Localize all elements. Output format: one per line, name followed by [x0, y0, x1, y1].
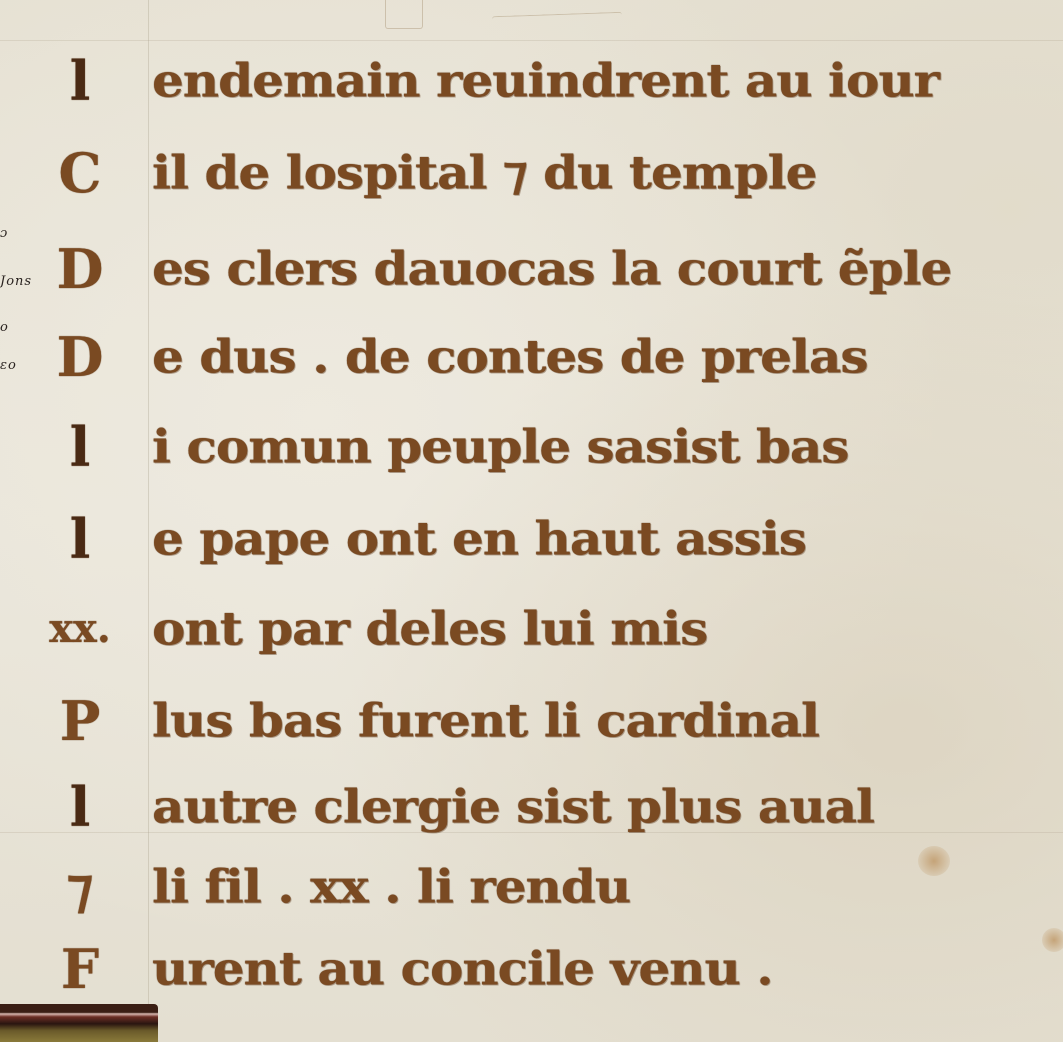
line-text: es clers dauocas la court ẽple — [152, 237, 951, 301]
illuminated-border — [0, 1004, 158, 1042]
initial-letter: l — [40, 46, 120, 116]
line-text: urent au concile venu . — [152, 937, 773, 1001]
initial-letter: ⁊ — [40, 852, 120, 922]
manuscript-line: ⁊ li fil . xx . li rendu — [0, 852, 1063, 932]
manuscript-line: xx. ont par deles lui mis — [0, 594, 1063, 674]
line-text: lus bas furent li cardinal — [152, 689, 819, 753]
initial-letter: D — [40, 322, 120, 392]
line-text: il de lospital ⁊ du temple — [152, 141, 816, 205]
manuscript-line: P lus bas furent li cardinal — [0, 686, 1063, 766]
line-text: autre clergie sist plus aual — [152, 775, 874, 839]
manuscript-line: l i comun peuple sasist bas — [0, 412, 1063, 492]
manuscript-line: l autre clergie sist plus aual — [0, 772, 1063, 852]
line-text: endemain reuindrent au iour — [152, 49, 939, 113]
initial-letter: F — [40, 934, 120, 1004]
initial-letter: xx. — [40, 594, 120, 664]
manuscript-line: C il de lospital ⁊ du temple — [0, 138, 1063, 218]
line-text: i comun peuple sasist bas — [152, 415, 848, 479]
line-text: li fil . xx . li rendu — [152, 855, 630, 919]
manuscript-line: D e dus . de contes de prelas — [0, 322, 1063, 402]
manuscript-line: F urent au concile venu . — [0, 934, 1063, 1014]
ink-stain — [918, 846, 950, 876]
manuscript-line: l endemain reuindrent au iour — [0, 46, 1063, 126]
sketch-mark — [385, 0, 423, 29]
manuscript-line: D es clers dauocas la court ẽple — [0, 234, 1063, 314]
ruling-line-top — [0, 40, 1063, 41]
line-text: e dus . de contes de prelas — [152, 325, 868, 389]
manuscript-line: l e pape ont en haut assis — [0, 504, 1063, 584]
initial-letter: l — [40, 772, 120, 842]
initial-letter: P — [40, 686, 120, 756]
initial-letter: C — [40, 138, 120, 208]
ink-stain — [1042, 928, 1063, 952]
line-text: ont par deles lui mis — [152, 597, 707, 661]
line-text: e pape ont en haut assis — [152, 507, 806, 571]
initial-letter: l — [40, 412, 120, 482]
initial-letter: l — [40, 504, 120, 574]
initial-letter: D — [40, 234, 120, 304]
